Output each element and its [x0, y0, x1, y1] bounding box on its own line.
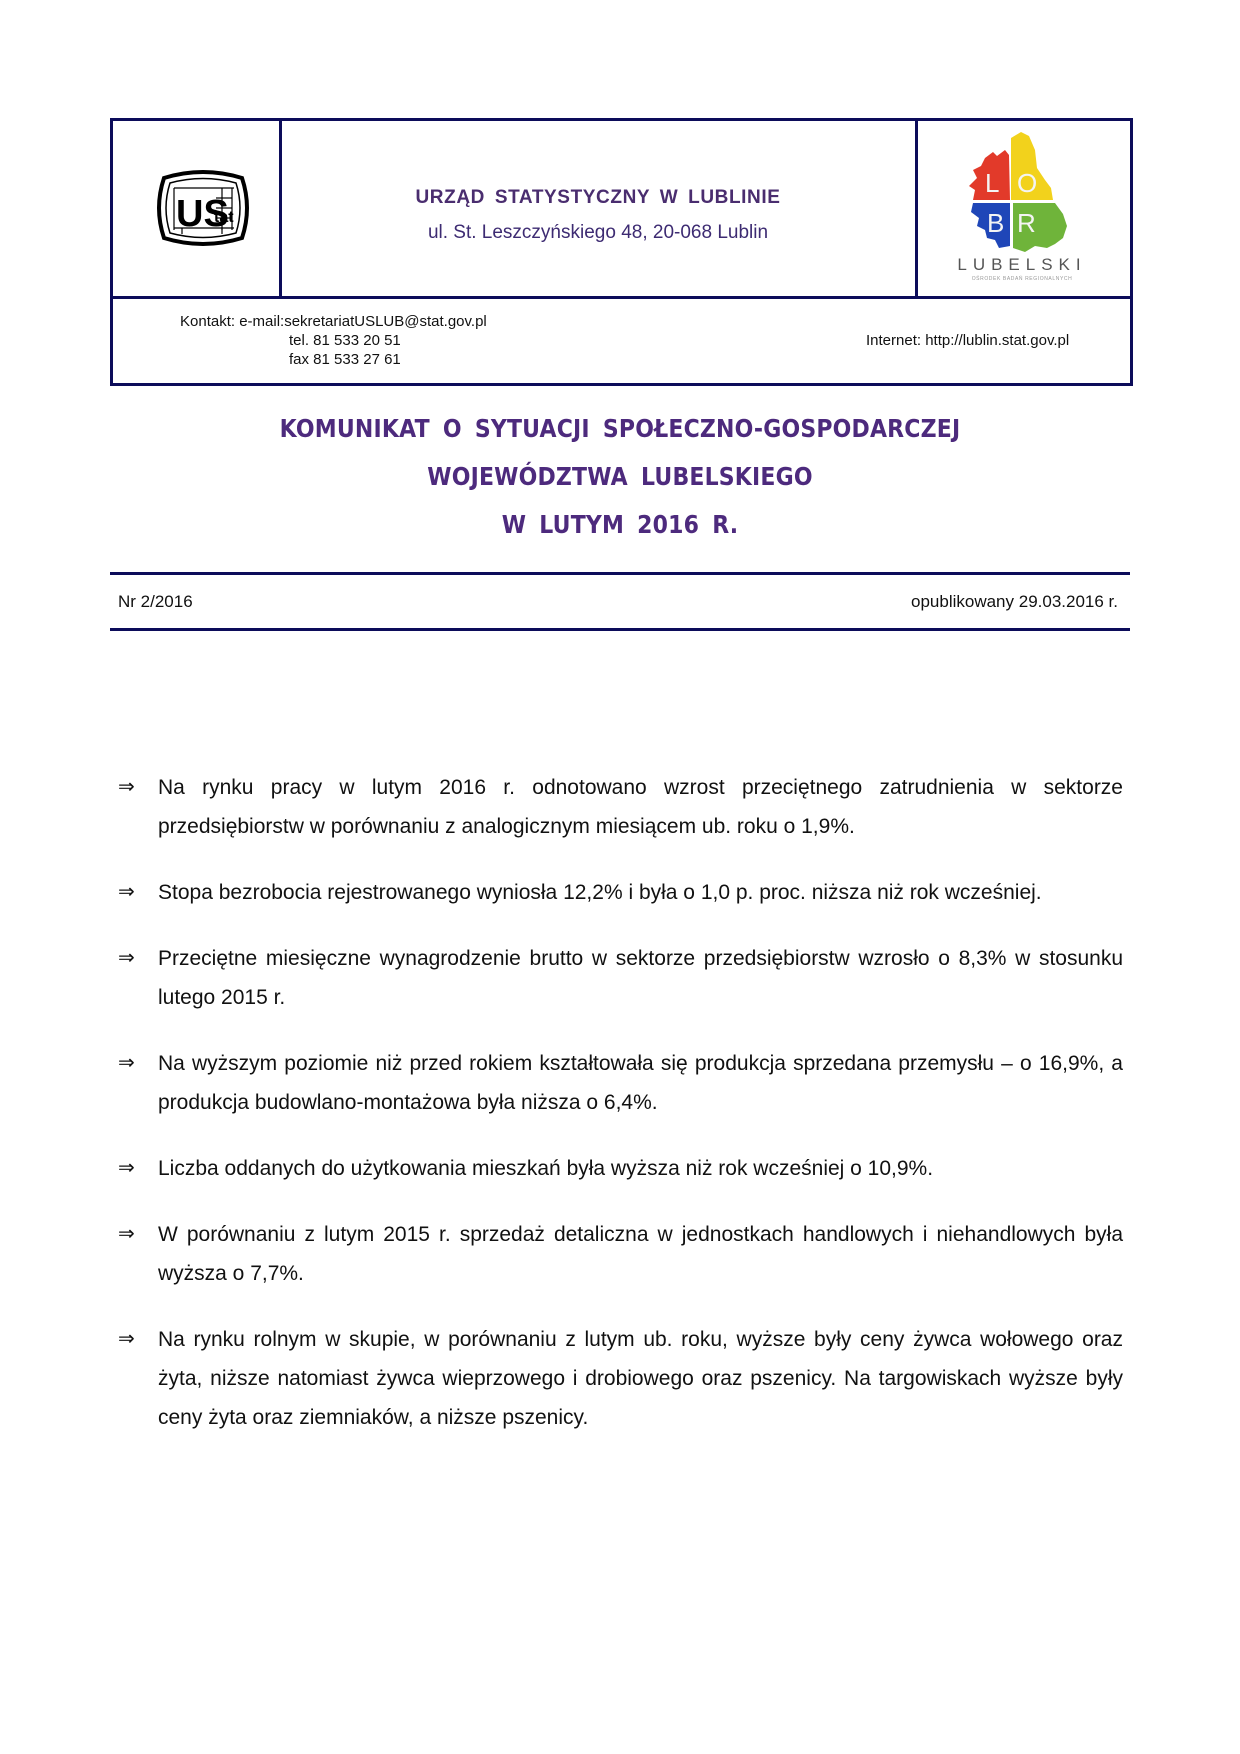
- contact-email[interactable]: Kontakt: e-mail:sekretariatUSLUB@stat.go…: [180, 312, 487, 331]
- double-arrow-right-icon: ⇒: [118, 1320, 135, 1359]
- svg-text:R: R: [1017, 208, 1036, 238]
- top-rule: [110, 572, 1130, 575]
- institution-name: URZĄD STATYSTYCZNY W LUBLINIE: [280, 187, 916, 209]
- svg-text:tat: tat: [214, 209, 234, 226]
- list-item-text: Przeciętne miesięczne wynagrodzenie brut…: [158, 939, 1123, 1017]
- list-item: ⇒ Stopa bezrobocia rejestrowanego wynios…: [118, 873, 1123, 912]
- contact-phone: tel. 81 533 20 51: [289, 331, 401, 350]
- lobr-map-logo-icon: L O B R LUBELSKI OŚRODEK BADAŃ REGIONALN…: [955, 128, 1090, 283]
- publication-date: opublikowany 29.03.2016 r.: [911, 592, 1118, 612]
- list-item-text: W porównaniu z lutym 2015 r. sprzedaż de…: [158, 1215, 1123, 1293]
- list-item: ⇒ Przeciętne miesięczne wynagrodzenie br…: [118, 939, 1123, 1017]
- list-item: ⇒ Na rynku pracy w lutym 2016 r. odnotow…: [118, 768, 1123, 846]
- svg-text:OŚRODEK BADAŃ REGIONALNYCH: OŚRODEK BADAŃ REGIONALNYCH: [972, 274, 1073, 282]
- issue-number: Nr 2/2016: [118, 592, 193, 612]
- contact-website[interactable]: Internet: http://lublin.stat.gov.pl: [866, 331, 1069, 350]
- double-arrow-right-icon: ⇒: [118, 1149, 135, 1188]
- double-arrow-right-icon: ⇒: [118, 939, 135, 978]
- double-arrow-right-icon: ⇒: [118, 873, 135, 912]
- double-arrow-right-icon: ⇒: [118, 1215, 135, 1254]
- list-item: ⇒ W porównaniu z lutym 2015 r. sprzedaż …: [118, 1215, 1123, 1293]
- contact-fax: fax 81 533 27 61: [289, 350, 401, 369]
- list-item-text: Na rynku rolnym w skupie, w porównaniu z…: [158, 1320, 1123, 1437]
- institution-address: ul. St. Leszczyńskiego 48, 20-068 Lublin: [280, 222, 916, 244]
- svg-text:B: B: [987, 208, 1004, 238]
- list-item-text: Na wyższym poziomie niż przed rokiem ksz…: [158, 1044, 1123, 1122]
- svg-text:L: L: [985, 168, 999, 198]
- title-line-2: WOJEWÓDZTWA LUBELSKIEGO: [171, 462, 1069, 491]
- svg-text:O: O: [1017, 168, 1037, 198]
- svg-text:LUBELSKI: LUBELSKI: [957, 255, 1086, 274]
- list-item: ⇒ Liczba oddanych do użytkowania mieszka…: [118, 1149, 1123, 1188]
- bottom-rule: [110, 628, 1130, 631]
- list-item-text: Liczba oddanych do użytkowania mieszkań …: [158, 1149, 1123, 1188]
- list-item-text: Stopa bezrobocia rejestrowanego wyniosła…: [158, 873, 1123, 912]
- ustat-logo-icon: US tat: [152, 168, 254, 248]
- title-line-1: KOMUNIKAT O SYTUACJI SPOŁECZNO-GOSPODARC…: [171, 414, 1069, 443]
- double-arrow-right-icon: ⇒: [118, 1044, 135, 1083]
- list-item: ⇒ Na wyższym poziomie niż przed rokiem k…: [118, 1044, 1123, 1122]
- title-line-3: W LUTYM 2016 R.: [171, 510, 1069, 539]
- summary-list: ⇒ Na rynku pracy w lutym 2016 r. odnotow…: [118, 768, 1123, 1464]
- header-row-divider: [110, 296, 1133, 299]
- list-item: ⇒ Na rynku rolnym w skupie, w porównaniu…: [118, 1320, 1123, 1437]
- double-arrow-right-icon: ⇒: [118, 768, 135, 807]
- list-item-text: Na rynku pracy w lutym 2016 r. odnotowan…: [158, 768, 1123, 846]
